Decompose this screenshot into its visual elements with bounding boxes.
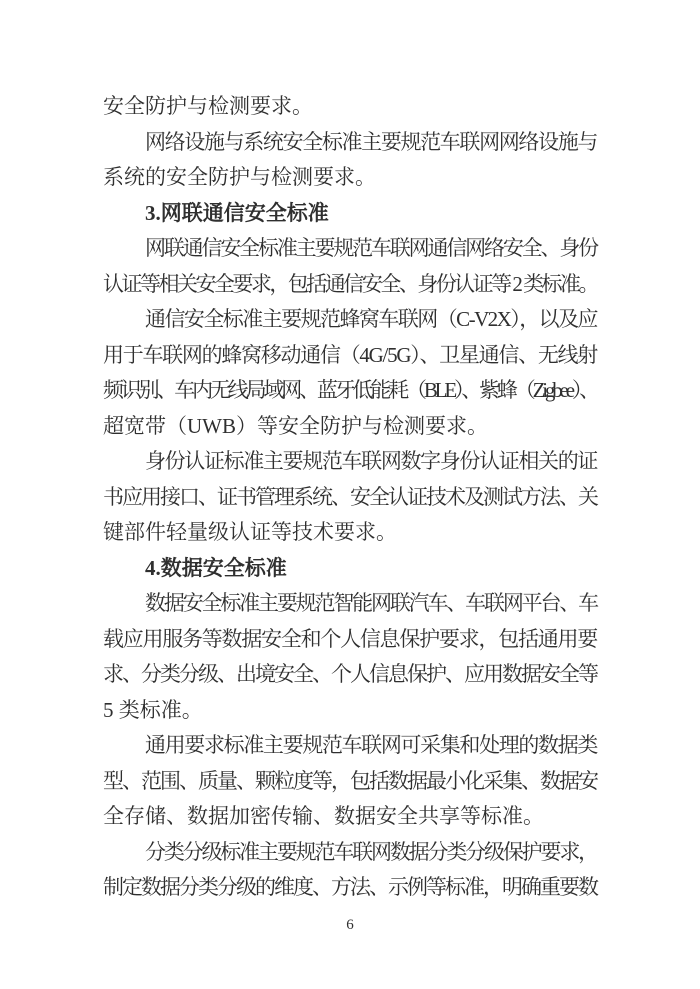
text-line: 身份认证标准主要规范车联网数字身份认证相关的证	[103, 444, 597, 480]
text-line-content: 3.网联通信安全标准	[145, 196, 329, 232]
text-line-content: 型、范围、质量、颗粒度等，包括数据最小化采集、数据安	[103, 764, 597, 800]
page-number: 6	[0, 915, 700, 935]
text-line: 系统的安全防护与检测要求。	[103, 160, 597, 196]
text-line: 书应用接口、证书管理系统、安全认证技术及测试方法、关	[103, 480, 597, 516]
document-body: 安全防护与检测要求。网络设施与系统安全标准主要规范车联网网络设施与系统的安全防护…	[103, 89, 597, 906]
text-line-content: 超宽带（UWB）等安全防护与检测要求。	[103, 409, 488, 445]
text-line: 载应用服务等数据安全和个人信息保护要求，包括通用要	[103, 622, 597, 658]
text-line-content: 认证等相关安全要求，包括通信安全、身份认证等 2 类标准。	[103, 267, 597, 303]
text-line-content: 网络设施与系统安全标准主要规范车联网网络设施与	[145, 125, 597, 161]
text-line-content: 载应用服务等数据安全和个人信息保护要求，包括通用要	[103, 622, 597, 658]
text-line-content: 全存储、数据加密传输、数据安全共享等标准。	[103, 799, 544, 835]
text-line-content: 书应用接口、证书管理系统、安全认证技术及测试方法、关	[103, 480, 597, 516]
text-line-content: 安全防护与检测要求。	[103, 89, 313, 125]
text-line: 分类分级标准主要规范车联网数据分类分级保护要求，	[103, 835, 597, 871]
text-line-content: 4.数据安全标准	[145, 551, 287, 587]
text-line: 网联通信安全标准主要规范车联网通信网络安全、身份	[103, 231, 597, 267]
text-line: 通信安全标准主要规范蜂窝车联网（C-V2X），以及应	[103, 302, 597, 338]
text-line-content: 用于车联网的蜂窝移动通信（4G/5G）、卫星通信、无线射	[103, 338, 597, 374]
text-line: 数据安全标准主要规范智能网联汽车、车联网平台、车	[103, 586, 597, 622]
section-heading: 3.网联通信安全标准	[103, 196, 597, 232]
text-line: 全存储、数据加密传输、数据安全共享等标准。	[103, 799, 597, 835]
text-line: 超宽带（UWB）等安全防护与检测要求。	[103, 409, 597, 445]
text-line-content: 频识别、车内无线局域网、蓝牙低能耗（BLE）、紫蜂（Zigbee）、	[103, 373, 597, 409]
text-line-content: 身份认证标准主要规范车联网数字身份认证相关的证	[145, 444, 597, 480]
section-heading: 4.数据安全标准	[103, 551, 597, 587]
text-line: 5 类标准。	[103, 693, 597, 729]
text-line-content: 通用要求标准主要规范车联网可采集和处理的数据类	[145, 728, 597, 764]
text-line-content: 5 类标准。	[103, 693, 203, 729]
text-line: 用于车联网的蜂窝移动通信（4G/5G）、卫星通信、无线射	[103, 338, 597, 374]
text-line: 安全防护与检测要求。	[103, 89, 597, 125]
text-line-content: 系统的安全防护与检测要求。	[103, 160, 376, 196]
text-line-content: 网联通信安全标准主要规范车联网通信网络安全、身份	[145, 231, 597, 267]
text-line: 型、范围、质量、颗粒度等，包括数据最小化采集、数据安	[103, 764, 597, 800]
text-line-content: 求、分类分级、出境安全、个人信息保护、应用数据安全等	[103, 657, 597, 693]
text-line-content: 分类分级标准主要规范车联网数据分类分级保护要求，	[145, 835, 597, 871]
text-line-content: 数据安全标准主要规范智能网联汽车、车联网平台、车	[145, 586, 597, 622]
text-line: 制定数据分类分级的维度、方法、示例等标准，明确重要数	[103, 870, 597, 906]
text-line: 频识别、车内无线局域网、蓝牙低能耗（BLE）、紫蜂（Zigbee）、	[103, 373, 597, 409]
text-line: 通用要求标准主要规范车联网可采集和处理的数据类	[103, 728, 597, 764]
document-page: 安全防护与检测要求。网络设施与系统安全标准主要规范车联网网络设施与系统的安全防护…	[0, 0, 700, 989]
text-line-content: 键部件轻量级认证等技术要求。	[103, 515, 397, 551]
text-line: 键部件轻量级认证等技术要求。	[103, 515, 597, 551]
text-line-content: 通信安全标准主要规范蜂窝车联网（C-V2X），以及应	[145, 302, 597, 338]
text-line: 网络设施与系统安全标准主要规范车联网网络设施与	[103, 125, 597, 161]
text-line: 求、分类分级、出境安全、个人信息保护、应用数据安全等	[103, 657, 597, 693]
text-line-content: 制定数据分类分级的维度、方法、示例等标准，明确重要数	[103, 870, 597, 906]
text-line: 认证等相关安全要求，包括通信安全、身份认证等 2 类标准。	[103, 267, 597, 303]
